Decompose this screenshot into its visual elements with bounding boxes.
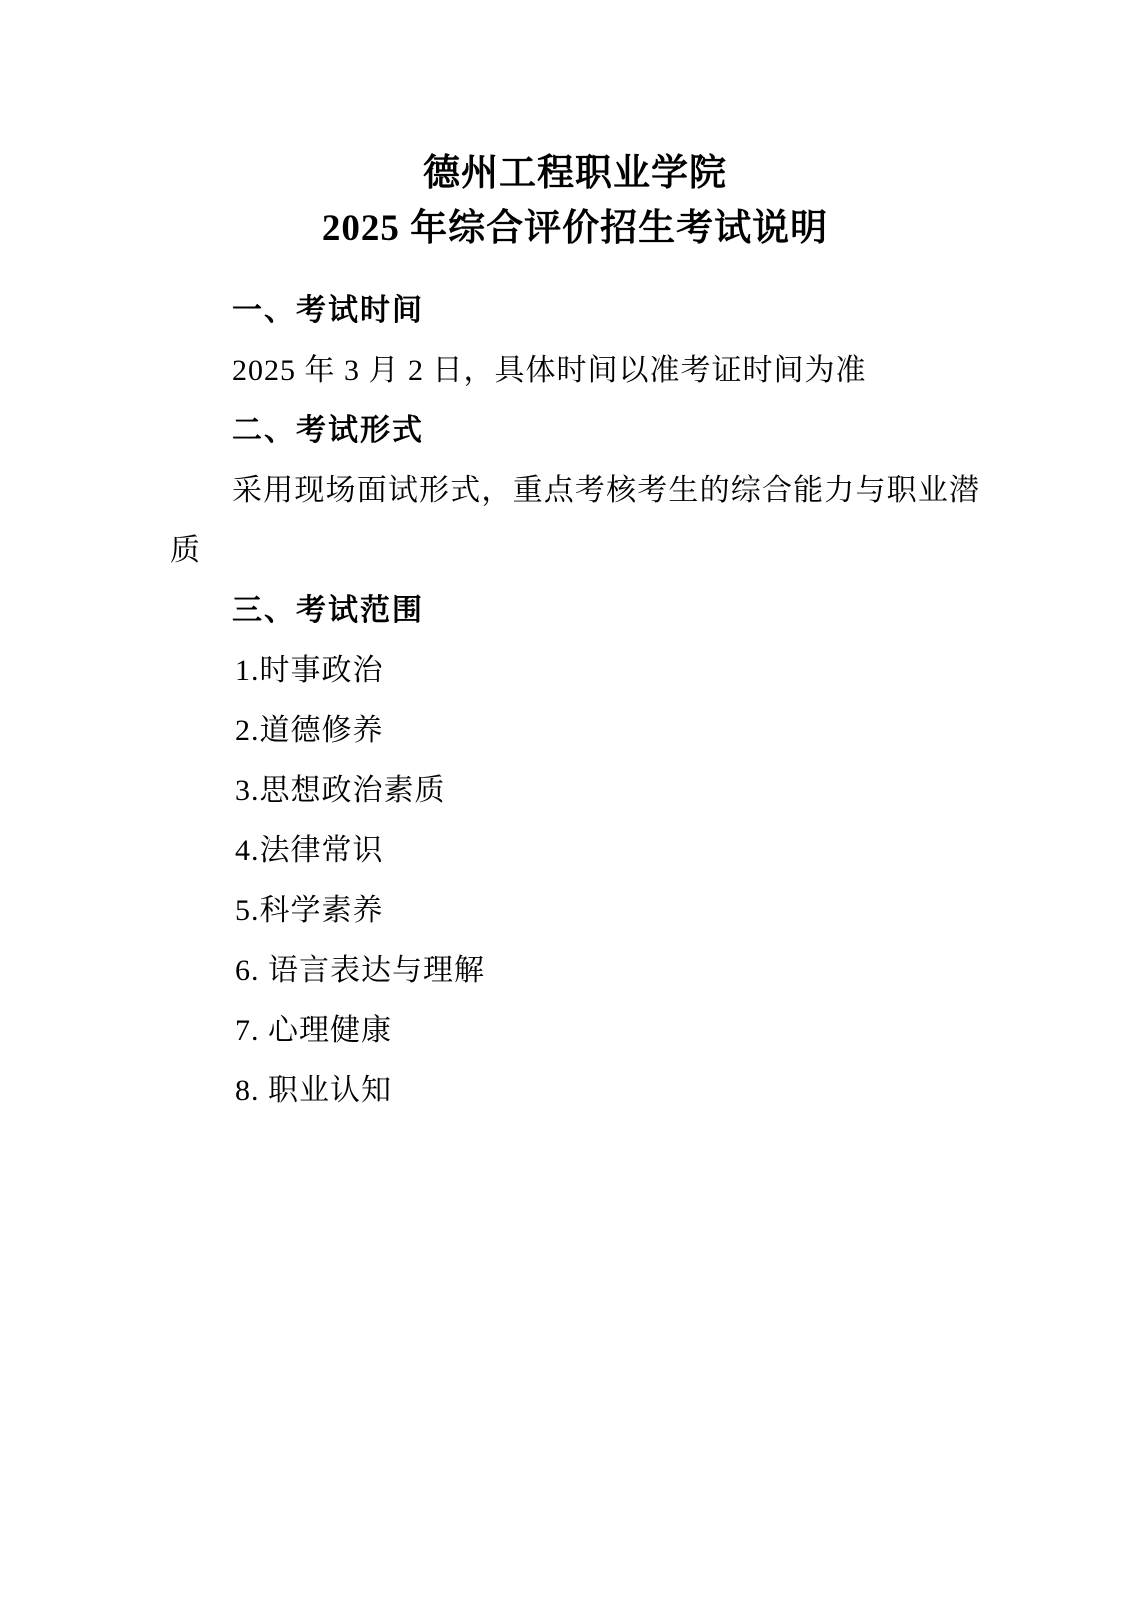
scope-item-6: 6. 语言表达与理解 bbox=[235, 941, 980, 1001]
section-1-heading: 一、考试时间 bbox=[232, 281, 980, 341]
scope-item-7: 7. 心理健康 bbox=[235, 1001, 980, 1061]
exam-scope-list: 1.时事政治 2.道德修养 3.思想政治素质 4.法律常识 5.科学素养 6. … bbox=[170, 641, 980, 1121]
scope-item-3: 3.思想政治素质 bbox=[235, 761, 980, 821]
scope-item-8: 8. 职业认知 bbox=[235, 1061, 980, 1121]
scope-item-5: 5.科学素养 bbox=[235, 881, 980, 941]
scope-item-1: 1.时事政治 bbox=[235, 641, 980, 701]
section-1-paragraph: 2025 年 3 月 2 日，具体时间以准考证时间为准 bbox=[170, 341, 980, 401]
scope-item-2: 2.道德修养 bbox=[235, 701, 980, 761]
scope-item-4: 4.法律常识 bbox=[235, 821, 980, 881]
section-2-heading: 二、考试形式 bbox=[232, 401, 980, 461]
section-3-heading: 三、考试范围 bbox=[232, 581, 980, 641]
document-page: 德州工程职业学院 2025 年综合评价招生考试说明 一、考试时间 2025 年 … bbox=[0, 0, 1139, 1612]
document-title-line2: 2025 年综合评价招生考试说明 bbox=[170, 201, 980, 256]
section-2-paragraph: 采用现场面试形式，重点考核考生的综合能力与职业潜质 bbox=[170, 461, 980, 581]
document-title-line1: 德州工程职业学院 bbox=[170, 146, 980, 201]
